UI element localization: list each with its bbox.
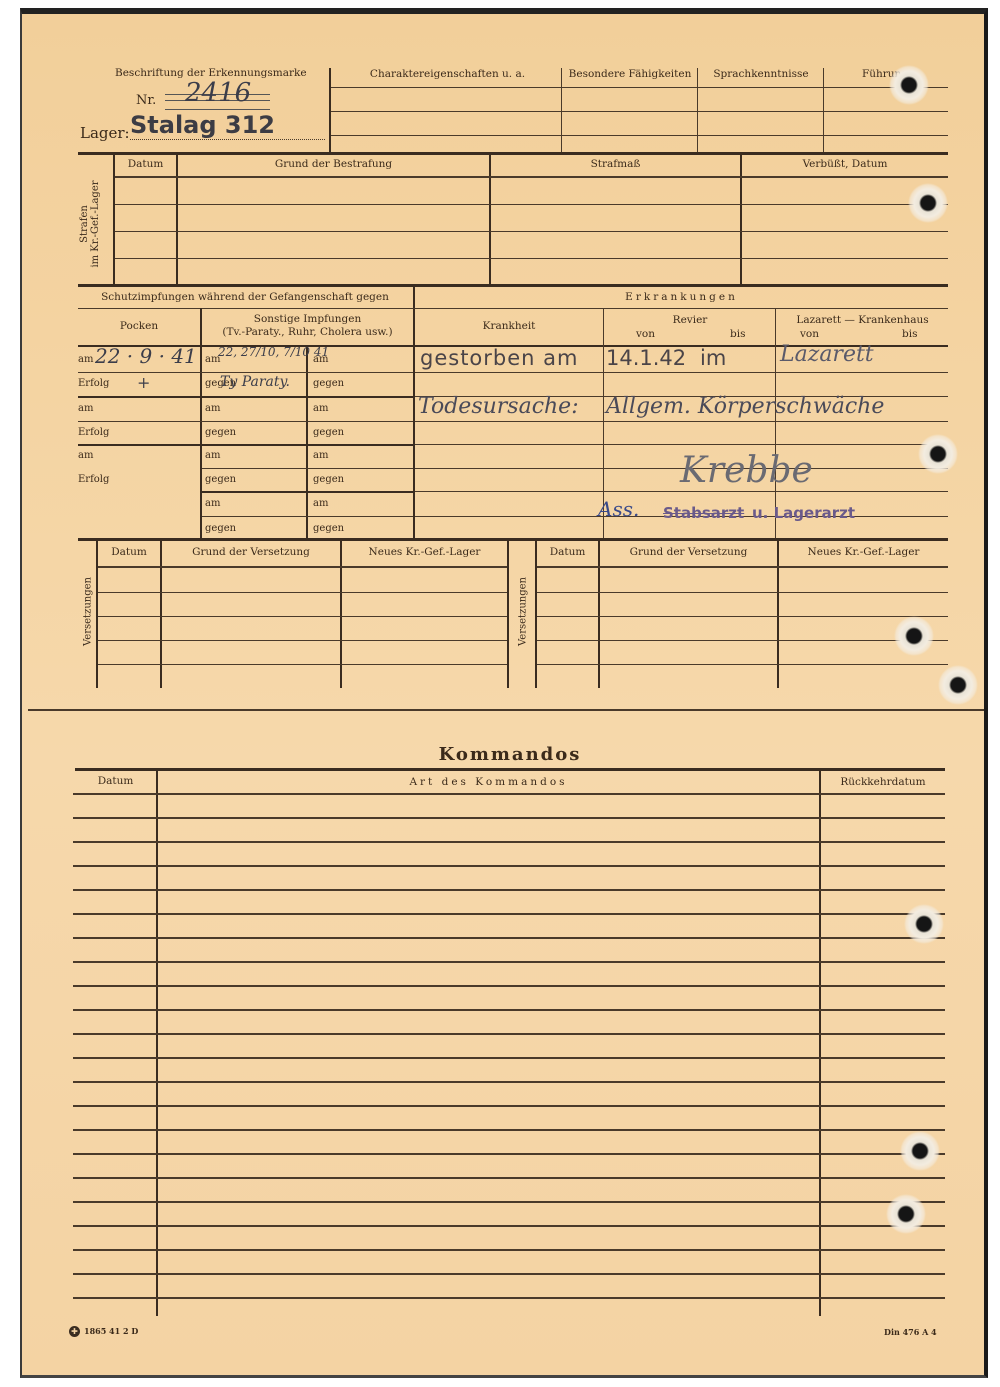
col-sprachen: Sprachkenntnisse (699, 68, 823, 80)
rule (740, 155, 742, 285)
cause-label: Todesursache: (418, 394, 579, 419)
sonstige-gegen-6: gegen (313, 474, 344, 485)
nr-label: Nr. (136, 93, 156, 108)
kommandos-col-rueckkehr: Rückkehrdatum (821, 776, 945, 788)
rule (340, 541, 342, 688)
pocken-erfolg-2: Erfolg (78, 427, 109, 438)
strafen-col-verbuesst: Verbüßt, Datum (742, 158, 948, 170)
kommandos-col-datum: Datum (75, 775, 156, 787)
rule (176, 155, 178, 285)
rule (537, 616, 948, 617)
lager-label: Lager: (80, 124, 130, 142)
rule (202, 468, 413, 469)
death-im: im (700, 346, 726, 370)
kommandos-title: Kommandos (75, 744, 945, 765)
punch-hole (889, 65, 929, 105)
strafen-col-datum: Datum (115, 158, 176, 170)
pocken-erfolg-1: Erfolg (78, 378, 109, 389)
col-revier: Revier (605, 314, 775, 326)
punch-hole (900, 1131, 940, 1171)
rule (78, 284, 948, 287)
col-pocken: Pocken (78, 320, 200, 332)
rule (507, 541, 509, 688)
rule (75, 768, 945, 771)
sonstige-am-2: am (313, 354, 328, 365)
lazarett-bis: bis (902, 328, 917, 340)
din-format: Din 476 A 4 (884, 1327, 937, 1337)
vers-right-col-datum: Datum (537, 546, 598, 558)
sonstige-am-6: am (313, 450, 328, 461)
rule (331, 111, 948, 112)
rule (78, 308, 948, 309)
lazarett-von: von (800, 328, 819, 340)
kommandos-rows (73, 793, 945, 1299)
sonstige-gegen-4: gegen (313, 427, 344, 438)
punch-hole (904, 904, 944, 944)
sonstige-am-3: am (205, 403, 220, 414)
sonstige-am-4: am (313, 403, 328, 414)
rule (113, 155, 115, 285)
sign-prefix: Ass. (598, 497, 639, 521)
versetzungen-side-label-left: Versetzungen (83, 567, 94, 657)
rule (202, 491, 413, 493)
versetzungen-side-label-right: Versetzungen (518, 567, 529, 657)
rule (98, 566, 507, 568)
pocken-am-2: am (78, 403, 93, 414)
lager-dotted-line (130, 139, 325, 140)
sonstige-am-7: am (205, 498, 220, 509)
rule (537, 592, 948, 593)
pocken-erfolg-3: Erfolg (78, 474, 109, 485)
vers-right-col-grund: Grund der Versetzung (600, 546, 777, 558)
vers-left-col-grund: Grund der Versetzung (162, 546, 340, 558)
rule (98, 592, 507, 593)
rule (115, 176, 948, 178)
rule (115, 258, 948, 259)
pocken-date: 22 · 9 · 41 (95, 344, 197, 368)
cause-value: Allgem. Körperschwäche (606, 394, 884, 419)
rule (537, 640, 948, 641)
rule (78, 396, 413, 398)
rule (78, 372, 413, 373)
printer-mark-icon: ✚ (69, 1326, 80, 1337)
sonstige-gegen-2: gegen (313, 378, 344, 389)
rule (98, 616, 507, 617)
rule (78, 421, 413, 422)
death-date: 14.1.42 (606, 346, 686, 370)
sonstige-am-8: am (313, 498, 328, 509)
rule (537, 664, 948, 665)
impfungen-title: Schutzimpfungen während der Gefangenscha… (78, 291, 412, 303)
rule (200, 458, 202, 540)
rule (202, 516, 413, 517)
kommandos-col-art: Art des Kommandos (158, 776, 819, 788)
sonstige-am-5: am (205, 450, 220, 461)
rule (78, 538, 948, 541)
rule (78, 152, 948, 155)
pocken-am-1: am (78, 354, 93, 365)
pocken-am-3: am (78, 450, 93, 461)
revier-von: von (636, 328, 655, 340)
print-code: 1865 41 2 D (84, 1326, 138, 1336)
rule (331, 135, 948, 136)
revier-bis: bis (730, 328, 745, 340)
punch-hole (894, 616, 934, 656)
rule (489, 155, 491, 285)
col-lazarett: Lazarett — Krankenhaus (777, 314, 948, 326)
sonstige-gegen-value: Ty Paraty. (220, 374, 290, 390)
sign-stamp-struck: Stabsarzt (663, 504, 744, 522)
death-stamp: gestorben am (420, 346, 578, 370)
punch-hole (908, 183, 948, 223)
sign-stamp: u. Lagerarzt (752, 504, 855, 522)
rule (415, 421, 948, 422)
rule (98, 664, 507, 665)
death-place: Lazarett (780, 342, 874, 367)
rule (96, 541, 98, 688)
rule (415, 491, 948, 492)
vers-right-col-lager: Neues Kr.-Gef.-Lager (779, 546, 948, 558)
sonstige-gegen-3: gegen (205, 427, 236, 438)
rule (777, 541, 779, 688)
pocken-erfolg-value: + (137, 373, 150, 392)
rule (78, 444, 413, 446)
rule (537, 566, 948, 568)
rule (415, 372, 948, 373)
doctor-signature: Krebbe (680, 450, 813, 491)
strafen-col-strafmass: Strafmaß (491, 158, 740, 170)
fold-line (28, 709, 984, 711)
lager-value: Stalag 312 (130, 111, 275, 139)
sonstige-gegen-5: gegen (205, 474, 236, 485)
punch-hole (938, 665, 978, 705)
sonstige-gegen-8: gegen (313, 523, 344, 534)
rule (331, 87, 948, 88)
vers-left-col-lager: Neues Kr.-Gef.-Lager (342, 546, 507, 558)
col-krankheit: Krankheit (415, 320, 603, 332)
strafen-col-grund: Grund der Bestrafung (178, 158, 489, 170)
strafen-side-label: Strafenim Kr.-Gef.-Lager (79, 169, 101, 279)
punch-hole (918, 434, 958, 474)
erkrankungen-title: Erkrankungen (415, 291, 948, 303)
sonstige-gegen-7: gegen (205, 523, 236, 534)
rule (598, 541, 600, 688)
rule (98, 640, 507, 641)
col-charakter: Charaktereigenschaften u. a. (335, 68, 560, 80)
col-sonstige: Sonstige Impfungen(Tv.-Paraty., Ruhr, Ch… (202, 313, 413, 339)
rule (535, 541, 537, 688)
rule (160, 541, 162, 688)
rule (415, 444, 948, 445)
nr-value: 2416 (185, 78, 251, 108)
rule (115, 231, 948, 232)
col-faehigkeiten: Besondere Fähigkeiten (563, 68, 697, 80)
vers-left-col-datum: Datum (98, 546, 160, 558)
punch-hole (886, 1194, 926, 1234)
rule (115, 204, 948, 205)
